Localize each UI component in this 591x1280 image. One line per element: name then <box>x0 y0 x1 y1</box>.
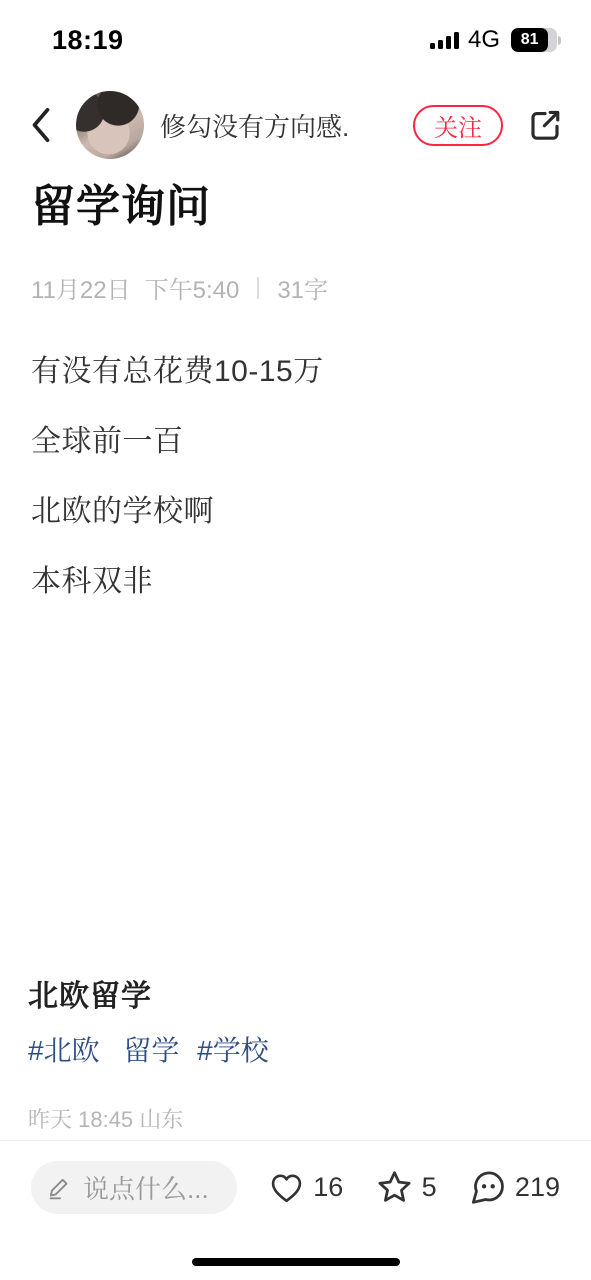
app-screen: 18:19 4G 81 修勾没有方向感. 关注 <box>0 0 591 1280</box>
like-button[interactable]: 16 <box>267 1169 343 1206</box>
post-paragraph: 有没有总花费10-15万 <box>31 356 561 388</box>
tag-link[interactable]: #北欧 <box>28 1035 100 1066</box>
comment-count: 219 <box>515 1172 560 1203</box>
post-paragraph: 本科双非 <box>31 566 561 598</box>
post-meta: 11月22日 下午5:40 31字 <box>31 270 561 305</box>
battery-icon: 81 <box>511 28 561 52</box>
comment-placeholder: 说点什么... <box>83 1169 209 1206</box>
status-time: 18:19 <box>52 25 124 56</box>
tag-list: #北欧 留学 #学校 <box>28 1036 561 1066</box>
comment-button[interactable]: 219 <box>467 1168 560 1207</box>
star-icon <box>374 1168 415 1207</box>
post-paragraph: 全球前一百 <box>31 426 561 458</box>
cellular-signal-icon <box>430 31 459 49</box>
pencil-icon <box>46 1174 73 1201</box>
collect-count: 5 <box>422 1172 437 1203</box>
post-date: 11月22日 <box>31 270 131 305</box>
chevron-left-icon <box>28 105 54 145</box>
post-content: 留学询问 11月22日 下午5:40 31字 有没有总花费10-15万 全球前一… <box>31 182 561 636</box>
post-footer: 北欧留学 #北欧 留学 #学校 昨天 18:45 山东 <box>28 981 561 1134</box>
battery-percent-label: 81 <box>521 31 539 49</box>
post-time: 下午5:40 <box>145 270 240 305</box>
like-count: 16 <box>313 1172 343 1203</box>
status-indicators: 4G 81 <box>430 26 561 54</box>
word-count: 31字 <box>277 270 328 305</box>
post-paragraph: 北欧的学校啊 <box>31 496 561 528</box>
collect-button[interactable]: 5 <box>374 1168 437 1207</box>
comment-bubble-icon <box>467 1168 508 1207</box>
tag-link[interactable]: #学校 <box>197 1035 269 1066</box>
tag-link[interactable]: 留学 <box>123 1035 179 1066</box>
comment-input[interactable]: 说点什么... <box>31 1161 237 1214</box>
post-title: 留学询问 <box>31 182 561 232</box>
user-avatar[interactable] <box>76 91 144 159</box>
network-type-label: 4G <box>468 26 500 54</box>
meta-divider <box>257 277 259 299</box>
share-icon <box>527 107 563 143</box>
username-label[interactable]: 修勾没有方向感. <box>160 107 413 144</box>
post-header: 修勾没有方向感. 关注 <box>0 88 591 162</box>
follow-button[interactable]: 关注 <box>413 105 503 146</box>
back-button[interactable] <box>28 103 62 147</box>
share-button[interactable] <box>527 107 563 143</box>
posted-timestamp-location: 昨天 18:45 山东 <box>28 1103 561 1134</box>
home-indicator[interactable] <box>192 1258 400 1266</box>
heart-icon <box>267 1169 306 1206</box>
post-body: 有没有总花费10-15万 全球前一百 北欧的学校啊 本科双非 <box>31 356 561 598</box>
status-bar: 18:19 4G 81 <box>0 0 591 70</box>
bottom-action-bar: 说点什么... 16 5 219 <box>0 1140 591 1234</box>
caption-title: 北欧留学 <box>28 981 561 1013</box>
